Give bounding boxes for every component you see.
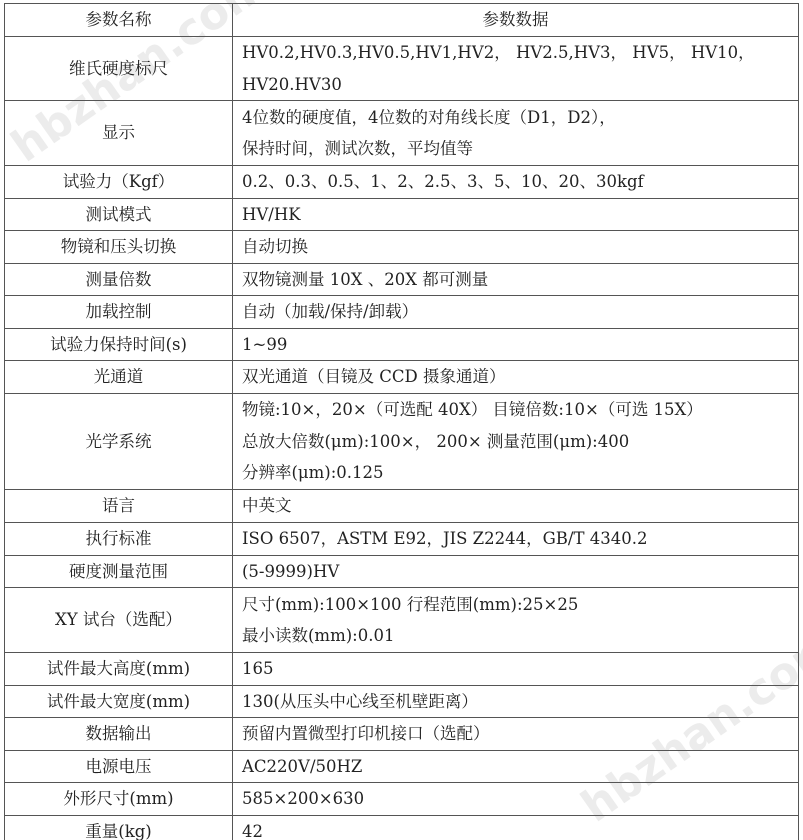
- param-name: 光学系统: [5, 394, 233, 490]
- header-param-data: 参数数据: [233, 4, 799, 37]
- param-value: 0.2、0.3、0.5、1、2、2.5、3、5、10、20、30kgf: [233, 166, 799, 199]
- table-row: 显示4位数的硬度值，4位数的对角线长度（D1，D2），保持时间，测试次数，平均值…: [5, 101, 799, 166]
- param-value-line: AC220V/50HZ: [242, 751, 798, 783]
- table-row: 试验力（Kgf）0.2、0.3、0.5、1、2、2.5、3、5、10、20、30…: [5, 166, 799, 199]
- param-value-line: 尺寸(mm):100×100 行程范围(mm):25×25: [242, 589, 798, 621]
- param-name: 硬度测量范围: [5, 555, 233, 588]
- param-value-line: 中英文: [242, 490, 798, 522]
- param-name: 数据输出: [5, 718, 233, 751]
- param-name: 语言: [5, 489, 233, 522]
- table-row: 语言中英文: [5, 489, 799, 522]
- param-name: 显示: [5, 101, 233, 166]
- param-value: (5-9999)HV: [233, 555, 799, 588]
- param-value: HV0.2,HV0.3,HV0.5,HV1,HV2， HV2.5,HV3， HV…: [233, 37, 799, 101]
- param-value-line: 双物镜测量 10X 、20X 都可测量: [242, 264, 798, 296]
- param-value: 585×200×630: [233, 783, 799, 816]
- table-header-row: 参数名称 参数数据: [5, 4, 799, 37]
- param-name: 试验力保持时间(s): [5, 328, 233, 361]
- param-value-line: 预留内置微型打印机接口（选配）: [242, 718, 798, 750]
- param-value: 自动（加载/保持/卸载）: [233, 296, 799, 329]
- param-value: 130(从压头中心线至机壁距离）: [233, 685, 799, 718]
- param-value-line: 自动切换: [242, 231, 798, 263]
- table-row: 外形尺寸(mm)585×200×630: [5, 783, 799, 816]
- table-row: 试验力保持时间(s)1~99: [5, 328, 799, 361]
- header-param-name: 参数名称: [5, 4, 233, 37]
- param-name: 试件最大高度(mm): [5, 653, 233, 686]
- table-row: 试件最大高度(mm)165: [5, 653, 799, 686]
- param-name: 测量倍数: [5, 263, 233, 296]
- param-value-line: (5-9999)HV: [242, 556, 798, 588]
- table-row: 试件最大宽度(mm)130(从压头中心线至机壁距离）: [5, 685, 799, 718]
- param-value-line: 总放大倍数(μm):100×， 200× 测量范围(μm):400: [242, 426, 798, 458]
- table-body: 维氏硬度标尺HV0.2,HV0.3,HV0.5,HV1,HV2， HV2.5,H…: [5, 37, 799, 840]
- param-name: 加载控制: [5, 296, 233, 329]
- param-name: 光通道: [5, 361, 233, 394]
- param-value: 双物镜测量 10X 、20X 都可测量: [233, 263, 799, 296]
- param-value-line: 130(从压头中心线至机壁距离）: [242, 686, 798, 718]
- param-value-line: 物镜:10×，20×（可选配 40X） 目镜倍数:10×（可选 15X）: [242, 394, 798, 426]
- param-value: 42: [233, 815, 799, 840]
- param-value-line: 0.2、0.3、0.5、1、2、2.5、3、5、10、20、30kgf: [242, 166, 798, 198]
- param-value-line: HV/HK: [242, 199, 798, 231]
- param-value-line: 双光通道（目镜及 CCD 摄象通道）: [242, 361, 798, 393]
- param-value: 4位数的硬度值，4位数的对角线长度（D1，D2），保持时间，测试次数，平均值等: [233, 101, 799, 166]
- param-name: 电源电压: [5, 750, 233, 783]
- param-value-line: 保持时间，测试次数，平均值等: [242, 133, 798, 165]
- param-value: ISO 6507，ASTM E92，JIS Z2244，GB/T 4340.2: [233, 522, 799, 555]
- table-row: 测量倍数双物镜测量 10X 、20X 都可测量: [5, 263, 799, 296]
- param-value-line: ISO 6507，ASTM E92，JIS Z2244，GB/T 4340.2: [242, 523, 798, 555]
- param-value-line: 585×200×630: [242, 783, 798, 815]
- table-row: 电源电压AC220V/50HZ: [5, 750, 799, 783]
- table-row: XY 试台（选配）尺寸(mm):100×100 行程范围(mm):25×25最小…: [5, 588, 799, 653]
- param-value-line: 1~99: [242, 329, 798, 361]
- param-name: 试件最大宽度(mm): [5, 685, 233, 718]
- param-value: 1~99: [233, 328, 799, 361]
- table-row: 维氏硬度标尺HV0.2,HV0.3,HV0.5,HV1,HV2， HV2.5,H…: [5, 37, 799, 101]
- table-row: 物镜和压头切换自动切换: [5, 231, 799, 264]
- param-value-line: 165: [242, 653, 798, 685]
- param-value: 尺寸(mm):100×100 行程范围(mm):25×25最小读数(mm):0.…: [233, 588, 799, 653]
- param-value-line: 分辨率(μm):0.125: [242, 457, 798, 489]
- param-value: 物镜:10×，20×（可选配 40X） 目镜倍数:10×（可选 15X）总放大倍…: [233, 394, 799, 490]
- param-name: 执行标准: [5, 522, 233, 555]
- param-name: XY 试台（选配）: [5, 588, 233, 653]
- table-row: 加载控制自动（加载/保持/卸载）: [5, 296, 799, 329]
- spec-table: 参数名称 参数数据 维氏硬度标尺HV0.2,HV0.3,HV0.5,HV1,HV…: [4, 3, 799, 840]
- table-row: 光通道双光通道（目镜及 CCD 摄象通道）: [5, 361, 799, 394]
- param-name: 外形尺寸(mm): [5, 783, 233, 816]
- param-value: 自动切换: [233, 231, 799, 264]
- table-row: 硬度测量范围(5-9999)HV: [5, 555, 799, 588]
- param-value: AC220V/50HZ: [233, 750, 799, 783]
- param-value: 中英文: [233, 489, 799, 522]
- param-value-line: 4位数的硬度值，4位数的对角线长度（D1，D2），: [242, 102, 798, 134]
- table-row: 数据输出预留内置微型打印机接口（选配）: [5, 718, 799, 751]
- param-name: 试验力（Kgf）: [5, 166, 233, 199]
- param-value: 预留内置微型打印机接口（选配）: [233, 718, 799, 751]
- param-value-line: 自动（加载/保持/卸载）: [242, 296, 798, 328]
- param-value: HV/HK: [233, 198, 799, 231]
- table-row: 执行标准ISO 6507，ASTM E92，JIS Z2244，GB/T 434…: [5, 522, 799, 555]
- param-value-line: 42: [242, 816, 798, 840]
- param-name: 物镜和压头切换: [5, 231, 233, 264]
- param-value-line: HV0.2,HV0.3,HV0.5,HV1,HV2， HV2.5,HV3， HV…: [242, 37, 798, 69]
- param-name: 重量(kg): [5, 815, 233, 840]
- table-row: 重量(kg)42: [5, 815, 799, 840]
- param-value: 双光通道（目镜及 CCD 摄象通道）: [233, 361, 799, 394]
- param-value: 165: [233, 653, 799, 686]
- param-value-line: HV20.HV30: [242, 69, 798, 101]
- table-row: 光学系统物镜:10×，20×（可选配 40X） 目镜倍数:10×（可选 15X）…: [5, 394, 799, 490]
- param-name: 测试模式: [5, 198, 233, 231]
- table-row: 测试模式HV/HK: [5, 198, 799, 231]
- param-name: 维氏硬度标尺: [5, 37, 233, 101]
- param-value-line: 最小读数(mm):0.01: [242, 620, 798, 652]
